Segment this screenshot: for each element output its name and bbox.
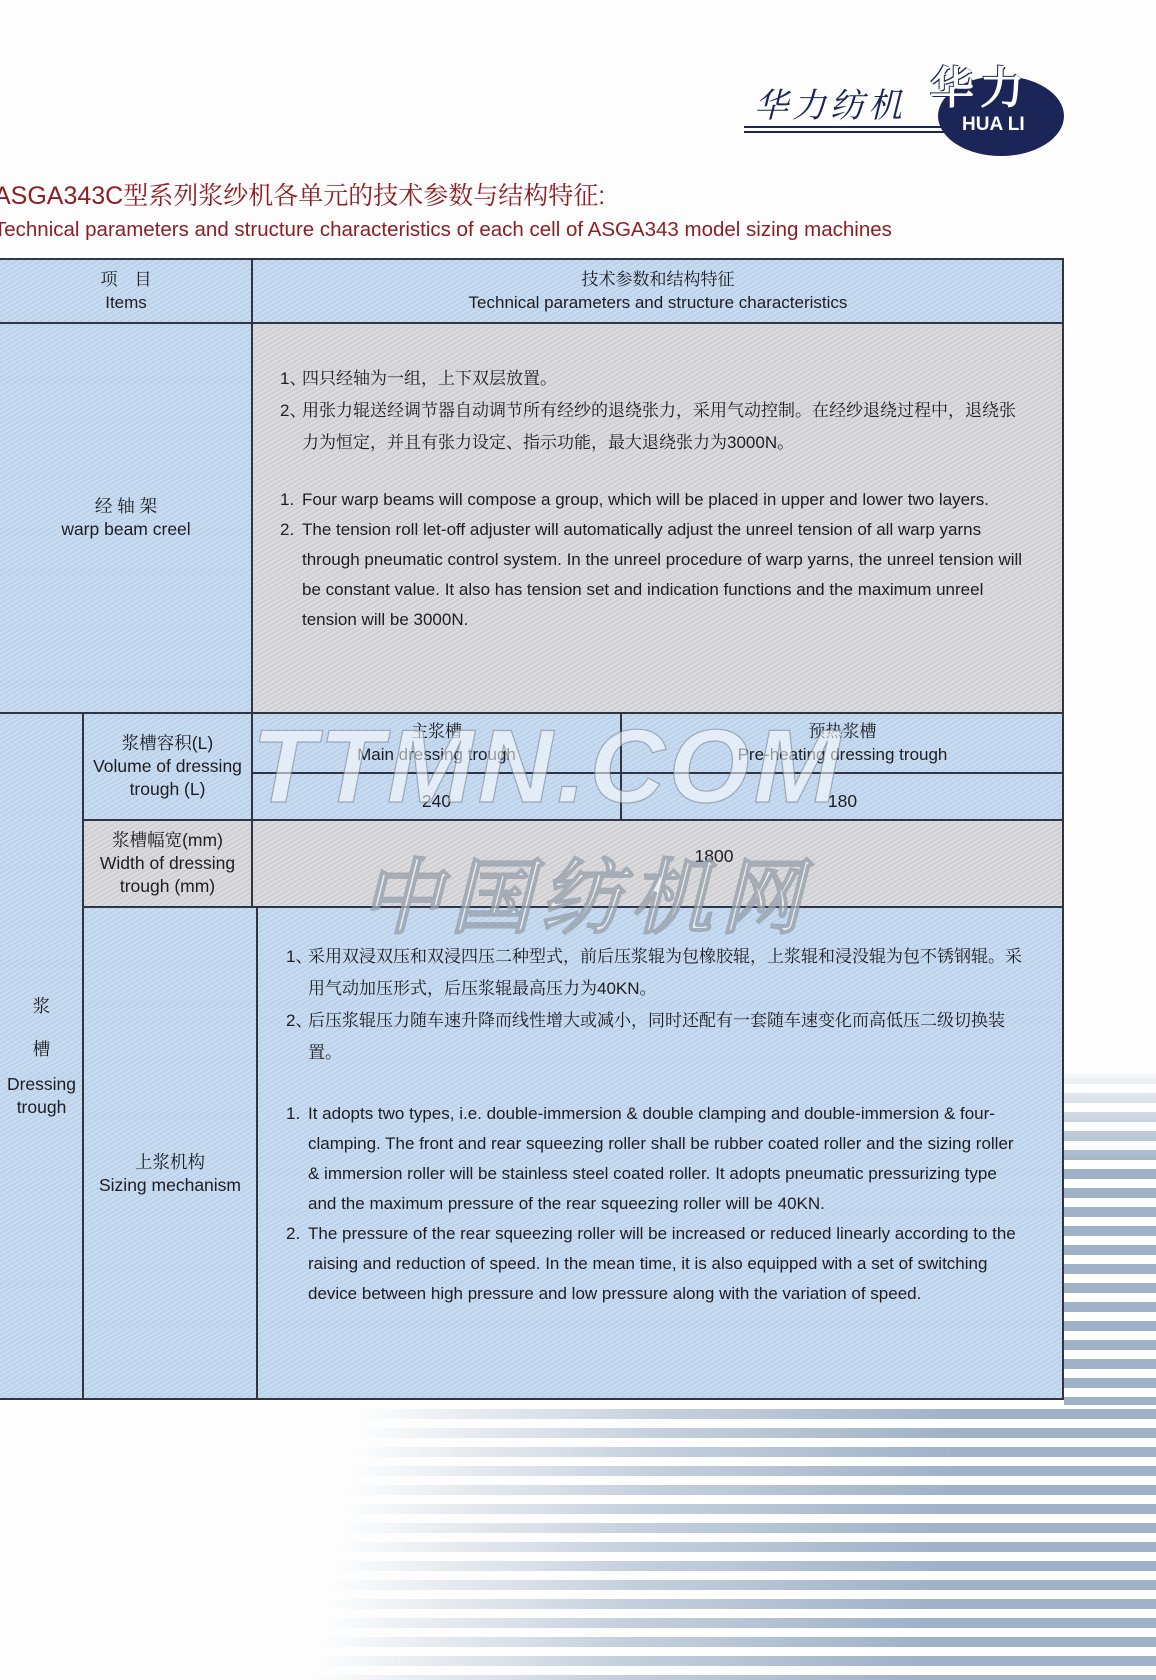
list-item: 2、后压浆辊压力随车速升降而线性增大或减小，同时还配有一套随车速变化而高低压二级… xyxy=(286,1005,1024,1069)
main-trough-cn: 主浆槽 xyxy=(411,720,462,743)
brand-logo: 华力纺机 华力 HUA LI xyxy=(740,48,1070,148)
list-item: 1、采用双浸双压和双浸四压二种型式，前后压浆辊为包橡胶辊，上浆辊和浸没辊为包不锈… xyxy=(286,941,1024,1005)
width-label-en: Width of dressing trough (mm) xyxy=(93,852,243,898)
preheat-trough-volume: 180 xyxy=(828,790,857,813)
divider xyxy=(256,907,258,1400)
brand-mark: 华力 xyxy=(930,52,1030,116)
decorative-stripes-bottom xyxy=(0,1400,1156,1680)
creel-label-cell: 经 轴 架 warp beam creel xyxy=(0,323,252,713)
brand-cn-name: 华力纺机 xyxy=(754,78,906,127)
width-label-cell: 浆槽幅宽(mm) Width of dressing trough (mm) xyxy=(83,820,252,907)
sizing-label-cell: 上浆机构 Sizing mechanism xyxy=(83,907,257,1400)
header-params-cn: 技术参数和结构特征 xyxy=(582,268,735,291)
creel-description-cell: 1、四只经轴为一组，上下双层放置。 2、用张力辊送经调节器自动调节所有经纱的退绕… xyxy=(252,323,1064,713)
header-items-en: Items xyxy=(105,291,147,314)
divider xyxy=(83,906,1064,908)
creel-label-cn: 经 轴 架 xyxy=(95,495,157,518)
decorative-stripes-right xyxy=(1064,1065,1156,1405)
header-params-cell: 技术参数和结构特征 Technical parameters and struc… xyxy=(252,258,1064,323)
main-trough-header: 主浆槽 Main dressing trough xyxy=(252,713,621,773)
width-value-cell: 1800 xyxy=(252,820,1064,907)
trough-width-value: 1800 xyxy=(695,845,734,868)
sizing-label-cn: 上浆机构 xyxy=(135,1151,205,1174)
list-item: 2.The tension roll let-off adjuster will… xyxy=(280,515,1024,635)
spec-table: 项 目 Items 技术参数和结构特征 Technical parameters… xyxy=(0,258,1064,1400)
list-item: 1、四只经轴为一组，上下双层放置。 xyxy=(280,363,1024,395)
creel-label-en: warp beam creel xyxy=(61,518,190,541)
sizing-cn-list: 1、采用双浸双压和双浸四压二种型式，前后压浆辊为包橡胶辊，上浆辊和浸没辊为包不锈… xyxy=(286,941,1024,1069)
volume-label-cn: 浆槽容积(L) xyxy=(122,732,213,755)
sizing-en-list: 1.It adopts two types, i.e. double-immer… xyxy=(286,1099,1024,1309)
brand-underline xyxy=(744,126,944,128)
divider xyxy=(83,819,1064,821)
sizing-description-cell: 1、采用双浸双压和双浸四压二种型式，前后压浆辊为包橡胶辊，上浆辊和浸没辊为包不锈… xyxy=(257,907,1064,1400)
main-trough-en: Main dressing trough xyxy=(357,743,516,766)
table-border-top xyxy=(0,258,1064,260)
preheat-trough-header: 预热浆槽 Pre-heating dressing trough xyxy=(621,713,1064,773)
divider xyxy=(0,322,1064,324)
divider xyxy=(620,713,622,820)
preheat-trough-value-cell: 180 xyxy=(621,773,1064,820)
group-label-cn-2: 槽 xyxy=(33,1038,51,1061)
brand-en-name: HUA LI xyxy=(962,114,1025,136)
preheat-trough-en: Pre-heating dressing trough xyxy=(738,743,948,766)
volume-label-en: Volume of dressing trough (L) xyxy=(93,755,243,801)
header-items-cn: 项 目 xyxy=(101,268,152,291)
sizing-label-en: Sizing mechanism xyxy=(99,1174,241,1197)
main-trough-value-cell: 240 xyxy=(252,773,621,820)
list-item: 2、用张力辊送经调节器自动调节所有经纱的退绕张力，采用气动控制。在经纱退绕过程中… xyxy=(280,395,1024,459)
group-label-cn-1: 浆 xyxy=(33,995,51,1018)
dressing-trough-group-cell: 浆 槽 Dressing trough xyxy=(0,713,83,1400)
creel-en-list: 1.Four warp beams will compose a group, … xyxy=(280,485,1024,635)
list-item: 2.The pressure of the rear squeezing rol… xyxy=(286,1219,1024,1309)
divider xyxy=(251,258,253,907)
table-border-bottom xyxy=(0,1398,1064,1400)
divider xyxy=(0,712,1064,714)
preheat-trough-cn: 预热浆槽 xyxy=(809,720,877,743)
volume-label-cell: 浆槽容积(L) Volume of dressing trough (L) xyxy=(83,713,252,820)
page-title-cn: ASGA343C型系列浆纱机各单元的技术参数与结构特征: xyxy=(0,176,605,212)
header-items-cell: 项 目 Items xyxy=(0,258,252,323)
list-item: 1.It adopts two types, i.e. double-immer… xyxy=(286,1099,1024,1219)
creel-cn-list: 1、四只经轴为一组，上下双层放置。 2、用张力辊送经调节器自动调节所有经纱的退绕… xyxy=(280,363,1024,459)
page-title-en: Technical parameters and structure chara… xyxy=(0,218,892,242)
table-border-right xyxy=(1062,258,1064,1400)
divider xyxy=(252,772,1064,774)
list-item: 1.Four warp beams will compose a group, … xyxy=(280,485,1024,515)
group-label-en: Dressing trough xyxy=(4,1073,80,1119)
header-params-en: Technical parameters and structure chara… xyxy=(469,291,848,314)
width-label-cn: 浆槽幅宽(mm) xyxy=(112,829,223,852)
main-trough-volume: 240 xyxy=(422,790,451,813)
divider xyxy=(82,713,84,1400)
